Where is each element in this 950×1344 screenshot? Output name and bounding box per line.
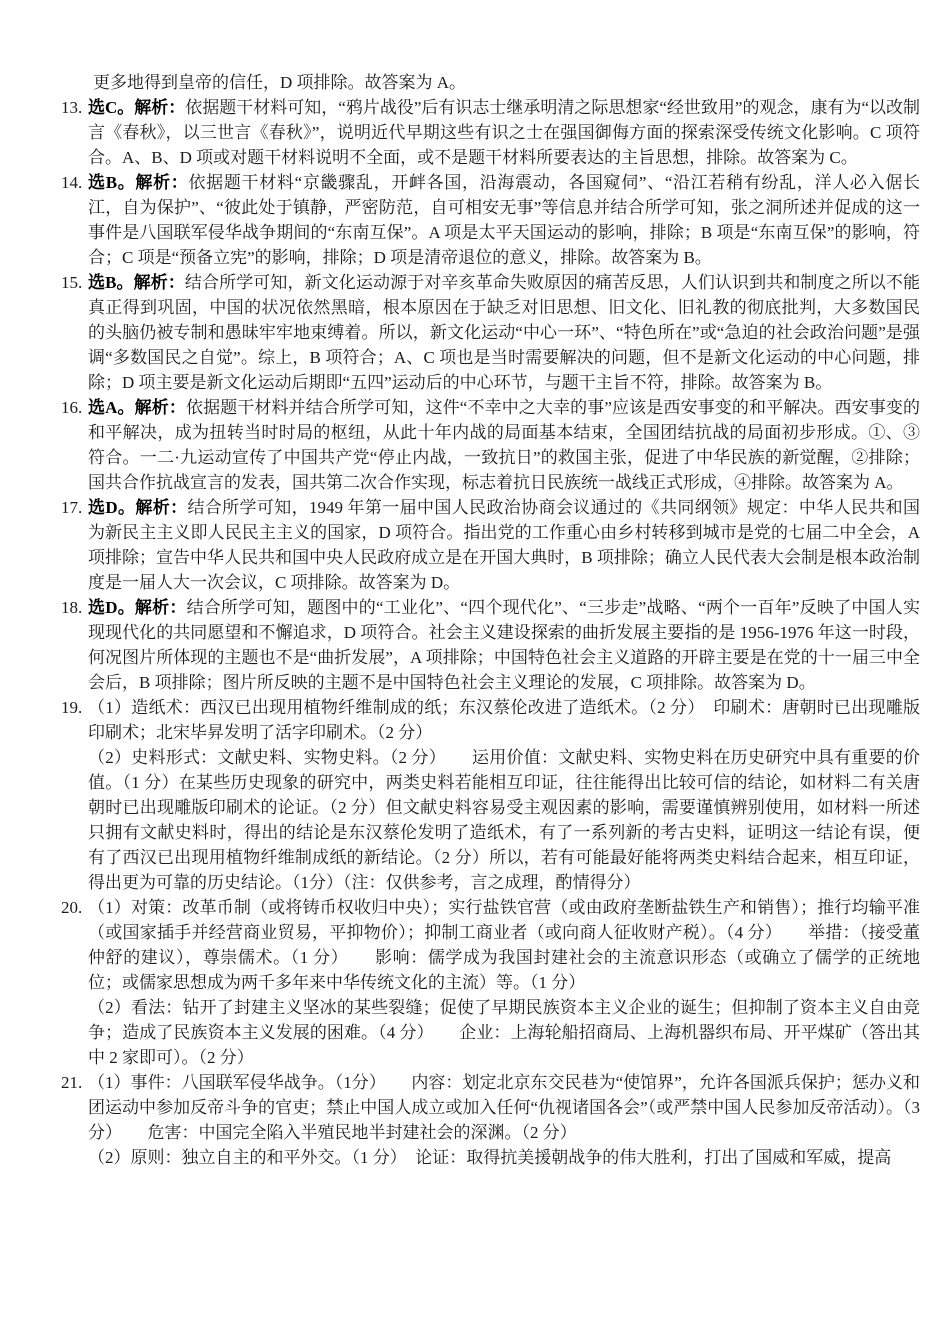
item-20-part-1: （1）对策：改革币制（或将铸币权收归中央）；实行盐铁官营（或由政府垄断盐铁生产和… [88, 895, 920, 995]
analysis-text-15: 结合所学可知，新文化运动源于对辛亥革命失败原因的痛苦反思，人们认识到共和制度之所… [88, 273, 920, 392]
item-number-20: 20. [61, 895, 82, 920]
analysis-text-13: 依据题干材料可知，“鸦片战役”后有识志士继承明清之际思想家“经世致用”的观念，康… [88, 98, 920, 167]
item-number-16: 16. [61, 395, 82, 420]
answer-label-17: 选D。解析： [88, 498, 187, 517]
item-19-part-1: （1）造纸术：西汉已出现用植物纤维制成的纸；东汉蔡伦改进了造纸术。（2 分） 印… [88, 695, 920, 745]
answer-item-21: 21. （1）事件：八国联军侵华战争。（1分） 内容：划定北京东交民巷为“使馆界… [88, 1070, 920, 1170]
answer-item-16: 16. 选A。解析：依据题干材料并结合所学可知，这件“不幸中之大幸的事”应该是西… [88, 395, 920, 495]
item-number-18: 18. [61, 595, 82, 620]
item-number-13: 13. [61, 95, 82, 120]
carryover-paragraph: 更多地得到皇帝的信任，D 项排除。故答案为 A。 [88, 70, 920, 95]
answer-label-14: 选B。解析： [88, 173, 188, 192]
item-number-17: 17. [61, 495, 82, 520]
item-20-part-2: （2）看法：钻开了封建主义坚冰的某些裂缝；促使了早期民族资本主义企业的诞生；但抑… [88, 995, 920, 1070]
analysis-paragraph-15: 选B。解析：结合所学可知，新文化运动源于对辛亥革命失败原因的痛苦反思，人们认识到… [88, 270, 920, 395]
answer-item-15: 15. 选B。解析：结合所学可知，新文化运动源于对辛亥革命失败原因的痛苦反思，人… [88, 270, 920, 395]
document-page: 更多地得到皇帝的信任，D 项排除。故答案为 A。 13. 选C。解析：依据题干材… [0, 0, 950, 1344]
analysis-paragraph-14: 选B。解析：依据题干材料“京畿骤乱，开衅各国，沿海震动，各国窥伺”、“沿江若稍有… [88, 170, 920, 270]
answer-item-13: 13. 选C。解析：依据题干材料可知，“鸦片战役”后有识志士继承明清之际思想家“… [88, 95, 920, 170]
answer-label-16: 选A。解析： [88, 398, 186, 417]
answer-item-18: 18. 选D。解析：结合所学可知，题图中的“工业化”、“四个现代化”、“三步走”… [88, 595, 920, 695]
analysis-paragraph-13: 选C。解析：依据题干材料可知，“鸦片战役”后有识志士继承明清之际思想家“经世致用… [88, 95, 920, 170]
item-21-part-2: （2）原则：独立自主的和平外交。（1 分） 论证：取得抗美援朝战争的伟大胜利，打… [88, 1145, 920, 1170]
analysis-text-14: 依据题干材料“京畿骤乱，开衅各国，沿海震动，各国窥伺”、“沿江若稍有纷乱，洋人必… [88, 173, 920, 267]
item-19-part-2: （2）史料形式：文献史料、实物史料。（2 分） 运用价值：文献史料、实物史料在历… [88, 745, 920, 895]
analysis-text-18: 结合所学可知，题图中的“工业化”、“四个现代化”、“三步走”战略、“两个一百年”… [88, 598, 920, 692]
analysis-paragraph-17: 选D。解析：结合所学可知，1949 年第一届中国人民政治协商会议通过的《共同纲领… [88, 495, 920, 595]
answer-item-19: 19. （1）造纸术：西汉已出现用植物纤维制成的纸；东汉蔡伦改进了造纸术。（2 … [88, 695, 920, 895]
answer-item-14: 14. 选B。解析：依据题干材料“京畿骤乱，开衅各国，沿海震动，各国窥伺”、“沿… [88, 170, 920, 270]
answer-label-15: 选B。解析： [88, 273, 185, 292]
item-number-15: 15. [61, 270, 82, 295]
answer-item-17: 17. 选D。解析：结合所学可知，1949 年第一届中国人民政治协商会议通过的《… [88, 495, 920, 595]
answer-label-18: 选D。解析： [88, 598, 187, 617]
item-number-19: 19. [61, 695, 82, 720]
analysis-text-17: 结合所学可知，1949 年第一届中国人民政治协商会议通过的《共同纲领》规定：中华… [88, 498, 920, 592]
analysis-paragraph-18: 选D。解析：结合所学可知，题图中的“工业化”、“四个现代化”、“三步走”战略、“… [88, 595, 920, 695]
analysis-paragraph-16: 选A。解析：依据题干材料并结合所学可知，这件“不幸中之大幸的事”应该是西安事变的… [88, 395, 920, 495]
item-21-part-1: （1）事件：八国联军侵华战争。（1分） 内容：划定北京东交民巷为“使馆界”，允许… [88, 1070, 920, 1145]
answer-item-20: 20. （1）对策：改革币制（或将铸币权收归中央）；实行盐铁官营（或由政府垄断盐… [88, 895, 920, 1070]
item-number-14: 14. [61, 170, 82, 195]
item-number-21: 21. [61, 1070, 82, 1095]
answer-label-13: 选C。解析： [88, 98, 185, 117]
analysis-text-16: 依据题干材料并结合所学可知，这件“不幸中之大幸的事”应该是西安事变的和平解决。西… [88, 398, 920, 492]
